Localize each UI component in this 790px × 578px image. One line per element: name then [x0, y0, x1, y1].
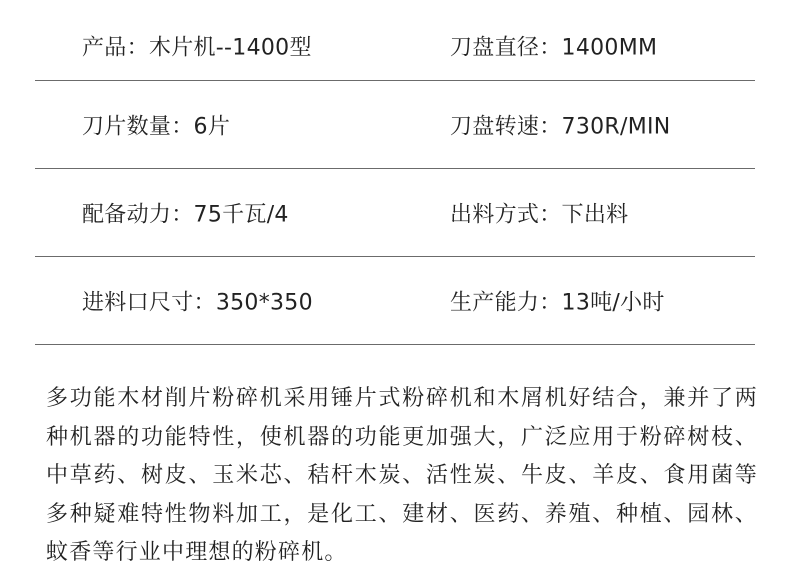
spec-inlet-size: 进料口尺寸：350*350: [82, 285, 313, 316]
spec-value: 13吨/小时: [562, 290, 665, 315]
spec-label: 生产能力：: [450, 290, 562, 315]
spec-label: 刀盘直径：: [450, 36, 562, 61]
spec-row: 产品：木片机--1400型 刀盘直径：1400MM: [35, 0, 755, 81]
spec-label: 产品：: [82, 36, 149, 61]
spec-value: 木片机--1400型: [149, 36, 312, 61]
spec-cutter-speed: 刀盘转速：730R/MIN: [450, 109, 671, 140]
spec-value: 下出料: [562, 202, 629, 227]
spec-capacity: 生产能力：13吨/小时: [450, 285, 665, 316]
spec-label: 进料口尺寸：: [82, 290, 216, 315]
spec-row: 刀片数量：6片 刀盘转速：730R/MIN: [35, 81, 755, 169]
spec-power: 配备动力：75千瓦/4: [82, 197, 289, 228]
spec-blade-count: 刀片数量：6片: [82, 109, 230, 140]
spec-product: 产品：木片机--1400型: [82, 31, 312, 62]
spec-label: 配备动力：: [82, 202, 194, 227]
spec-row: 进料口尺寸：350*350 生产能力：13吨/小时: [35, 257, 755, 345]
spec-table: 产品：木片机--1400型 刀盘直径：1400MM 刀片数量：6片 刀盘转速：7…: [35, 0, 755, 345]
spec-value: 75千瓦/4: [194, 202, 289, 227]
spec-cutter-diameter: 刀盘直径：1400MM: [450, 31, 657, 62]
spec-row: 配备动力：75千瓦/4 出料方式：下出料: [35, 169, 755, 257]
spec-value: 350*350: [216, 290, 313, 315]
spec-label: 出料方式：: [450, 202, 562, 227]
spec-value: 730R/MIN: [562, 114, 671, 139]
spec-discharge-method: 出料方式：下出料: [450, 197, 628, 228]
spec-label: 刀片数量：: [82, 114, 194, 139]
product-description: 多功能木材削片粉碎机采用锤片式粉碎机和木屑机好结合，兼并了两种机器的功能特性，使…: [46, 380, 758, 573]
spec-value: 6片: [194, 114, 231, 139]
spec-label: 刀盘转速：: [450, 114, 562, 139]
spec-value: 1400MM: [562, 36, 658, 61]
